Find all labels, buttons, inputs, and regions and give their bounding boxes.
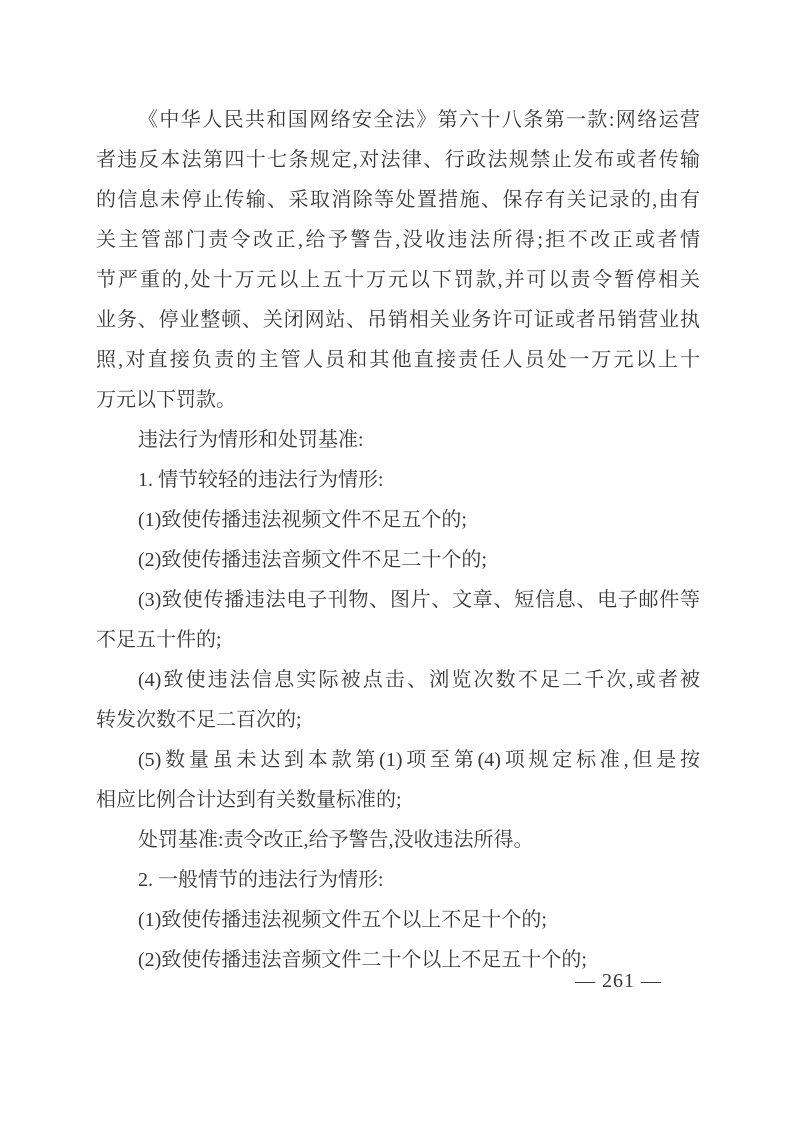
text-line: 节严重的,处十万元以上五十万元以下罚款,并可以责令暂停相关 xyxy=(96,260,700,300)
text-line: (3)致使传播违法电子刊物、图片、文章、短信息、电子邮件等 xyxy=(96,580,700,620)
text-line: (4)致使违法信息实际被点击、浏览次数不足二千次,或者被 xyxy=(96,660,700,700)
text-line: 2. 一般情节的违法行为情形: xyxy=(96,860,700,900)
text-line: 转发次数不足二百次的; xyxy=(96,700,700,740)
text-line: (1)致使传播违法视频文件五个以上不足十个的; xyxy=(96,900,700,940)
text-line: 处罚基准:责令改正,给予警告,没收违法所得。 xyxy=(96,820,700,860)
text-line: 者违反本法第四十七条规定,对法律、行政法规禁止发布或者传输 xyxy=(96,140,700,180)
text-line: 万元以下罚款。 xyxy=(96,380,700,420)
text-line: 违法行为情形和处罚基准: xyxy=(96,420,700,460)
text-line: 业务、停业整顿、关闭网站、吊销相关业务许可证或者吊销营业执 xyxy=(96,300,700,340)
text-line: 关主管部门责令改正,给予警告,没收违法所得;拒不改正或者情 xyxy=(96,220,700,260)
text-line: 1. 情节较轻的违法行为情形: xyxy=(96,460,700,500)
text-line: 不足五十件的; xyxy=(96,620,700,660)
page: 《中华人民共和国网络安全法》第六十八条第一款:网络运营 者违反本法第四十七条规定… xyxy=(0,0,793,1122)
text-line: 相应比例合计达到有关数量标准的; xyxy=(96,780,700,820)
text-line: 照,对直接负责的主管人员和其他直接责任人员处一万元以上十 xyxy=(96,340,700,380)
document-body: 《中华人民共和国网络安全法》第六十八条第一款:网络运营 者违反本法第四十七条规定… xyxy=(96,100,700,980)
page-number: — 261 — xyxy=(96,966,662,996)
text-line: (5)数量虽未达到本款第(1)项至第(4)项规定标准,但是按 xyxy=(96,740,700,780)
text-line: 的信息未停止传输、采取消除等处置措施、保存有关记录的,由有 xyxy=(96,180,700,220)
text-line: (1)致使传播违法视频文件不足五个的; xyxy=(96,500,700,540)
text-line: 《中华人民共和国网络安全法》第六十八条第一款:网络运营 xyxy=(96,100,700,140)
text-line: (2)致使传播违法音频文件不足二十个的; xyxy=(96,540,700,580)
